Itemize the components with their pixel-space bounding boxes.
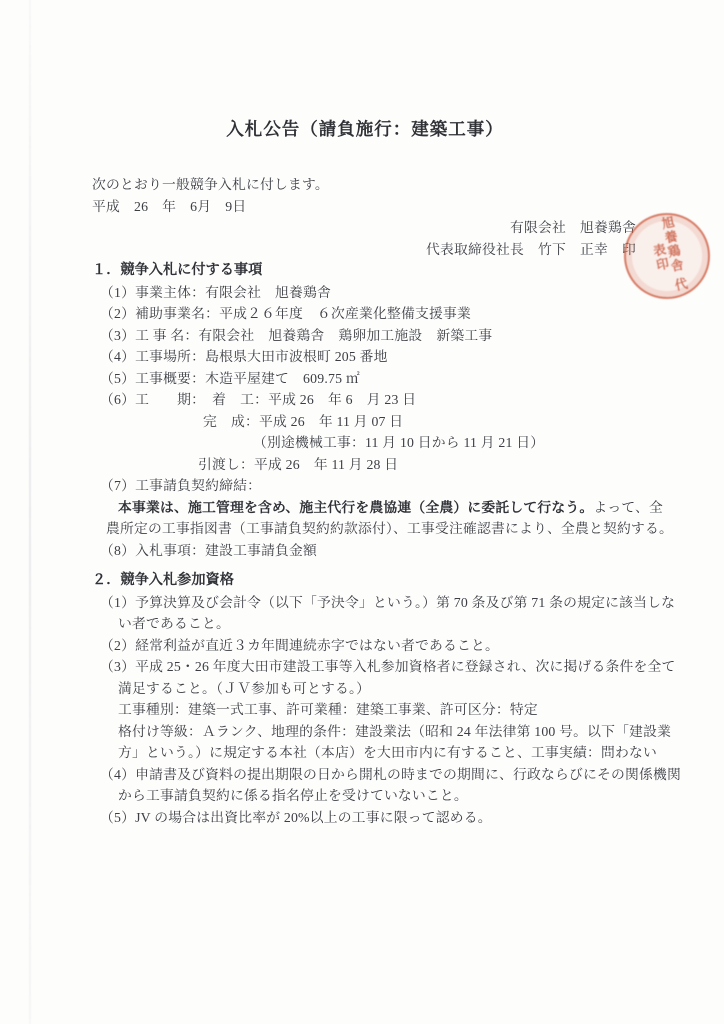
- document-page: 入札公告（請負施行：建築工事） 次のとおり一般競争入札に付します。 平成 26 …: [0, 0, 724, 1024]
- intro-line: 次のとおり一般競争入札に付します。: [92, 174, 638, 196]
- document-line: 本事業は、施工管理を含め、施主代行を農協連（全農）に委託して行なう。よって、全: [92, 497, 638, 519]
- document-title: 入札公告（請負施行：建築工事）: [92, 116, 638, 142]
- document-line: （6）工 期： 着 工：平成 26 年 6 月 23 日: [92, 389, 638, 411]
- section-2-heading: ２．競争入札参加資格: [92, 570, 638, 592]
- section-1-heading: １．競争入札に付する事項: [92, 260, 638, 282]
- company-seal-text: 旭養鶏舎 代表印: [645, 213, 689, 299]
- document-line: （2）経常利益が直近３カ年間連続赤字ではない者であること。: [92, 635, 638, 657]
- document-line: 農所定の工事指図書（工事請負契約約款添付）、工事受注確認書により、全農と契約する…: [92, 518, 638, 540]
- issuer-representative-line: 代表取締役社長 竹下 正幸 印: [92, 239, 636, 261]
- document-line: 引渡し：平成 26 年 11 月 28 日: [92, 454, 638, 476]
- document-line: 方」という。）に規定する本社（本店）を大田市内に有すること、工事実績：問わない: [92, 742, 638, 764]
- section-1-lines: （1）事業主体：有限会社 旭養鶏舎（2）補助事業名：平成２６年度 ６次産業化整備…: [92, 282, 638, 562]
- document-line: （5）工事概要：木造平屋建て 609.75 ㎡: [92, 368, 638, 390]
- section-bid-matters: １．競争入札に付する事項 （1）事業主体：有限会社 旭養鶏舎（2）補助事業名：平…: [92, 260, 638, 561]
- document-line: （4）工事場所：島根県大田市波根町 205 番地: [92, 346, 638, 368]
- issuer-block: 有限会社 旭養鶏舎 代表取締役社長 竹下 正幸 印: [92, 217, 638, 260]
- document-line: （2）補助事業名：平成２６年度 ６次産業化整備支援事業: [92, 303, 638, 325]
- section-2-lines: （1）予算決算及び会計令（以下「予決令」という。）第 70 条及び第 71 条の…: [92, 592, 638, 829]
- document-line: （4）申請書及び資料の提出期限の日から開札の時までの期間に、行政ならびにその関係…: [92, 764, 638, 786]
- date-line: 平成 26 年 6月 9日: [92, 196, 638, 218]
- document-line: （3）平成 25・26 年度大田市建設工事等入札参加資格者に登録され、次に掲げる…: [92, 656, 638, 678]
- document-line: （7）工事請負契約締結：: [92, 475, 638, 497]
- document-line: 工事種別：建築一式工事、許可業種：建築工事業、許可区分：特定: [92, 699, 638, 721]
- document-line: 完 成：平成 26 年 11 月 07 日: [92, 411, 638, 433]
- document-line: （8）入札事項：建設工事請負金額: [92, 540, 638, 562]
- section-qualifications: ２．競争入札参加資格 （1）予算決算及び会計令（以下「予決令」という。）第 70…: [92, 570, 638, 828]
- document-line: 格付け等級：Ａランク、地理的条件：建設業法（昭和 24 年法律第 100 号。以…: [92, 721, 638, 743]
- document-line: 満足すること。（ＪＶ参加も可とする。）: [92, 678, 638, 700]
- document-line: （5）JV の場合は出資比率が 20%以上の工事に限って認める。: [92, 807, 638, 829]
- document-line: い者であること。: [92, 613, 638, 635]
- issuer-company-line: 有限会社 旭養鶏舎: [92, 217, 636, 239]
- document-line: から工事請負契約に係る指名停止を受けていないこと。: [92, 785, 638, 807]
- document-line: （別途機械工事：11 月 10 日から 11 月 21 日）: [92, 432, 638, 454]
- document-line: （3）工 事 名：有限会社 旭養鶏舎 鶏卵加工施設 新築工事: [92, 325, 638, 347]
- document-line: （1）事業主体：有限会社 旭養鶏舎: [92, 282, 638, 304]
- document-line: （1）予算決算及び会計令（以下「予決令」という。）第 70 条及び第 71 条の…: [92, 592, 638, 614]
